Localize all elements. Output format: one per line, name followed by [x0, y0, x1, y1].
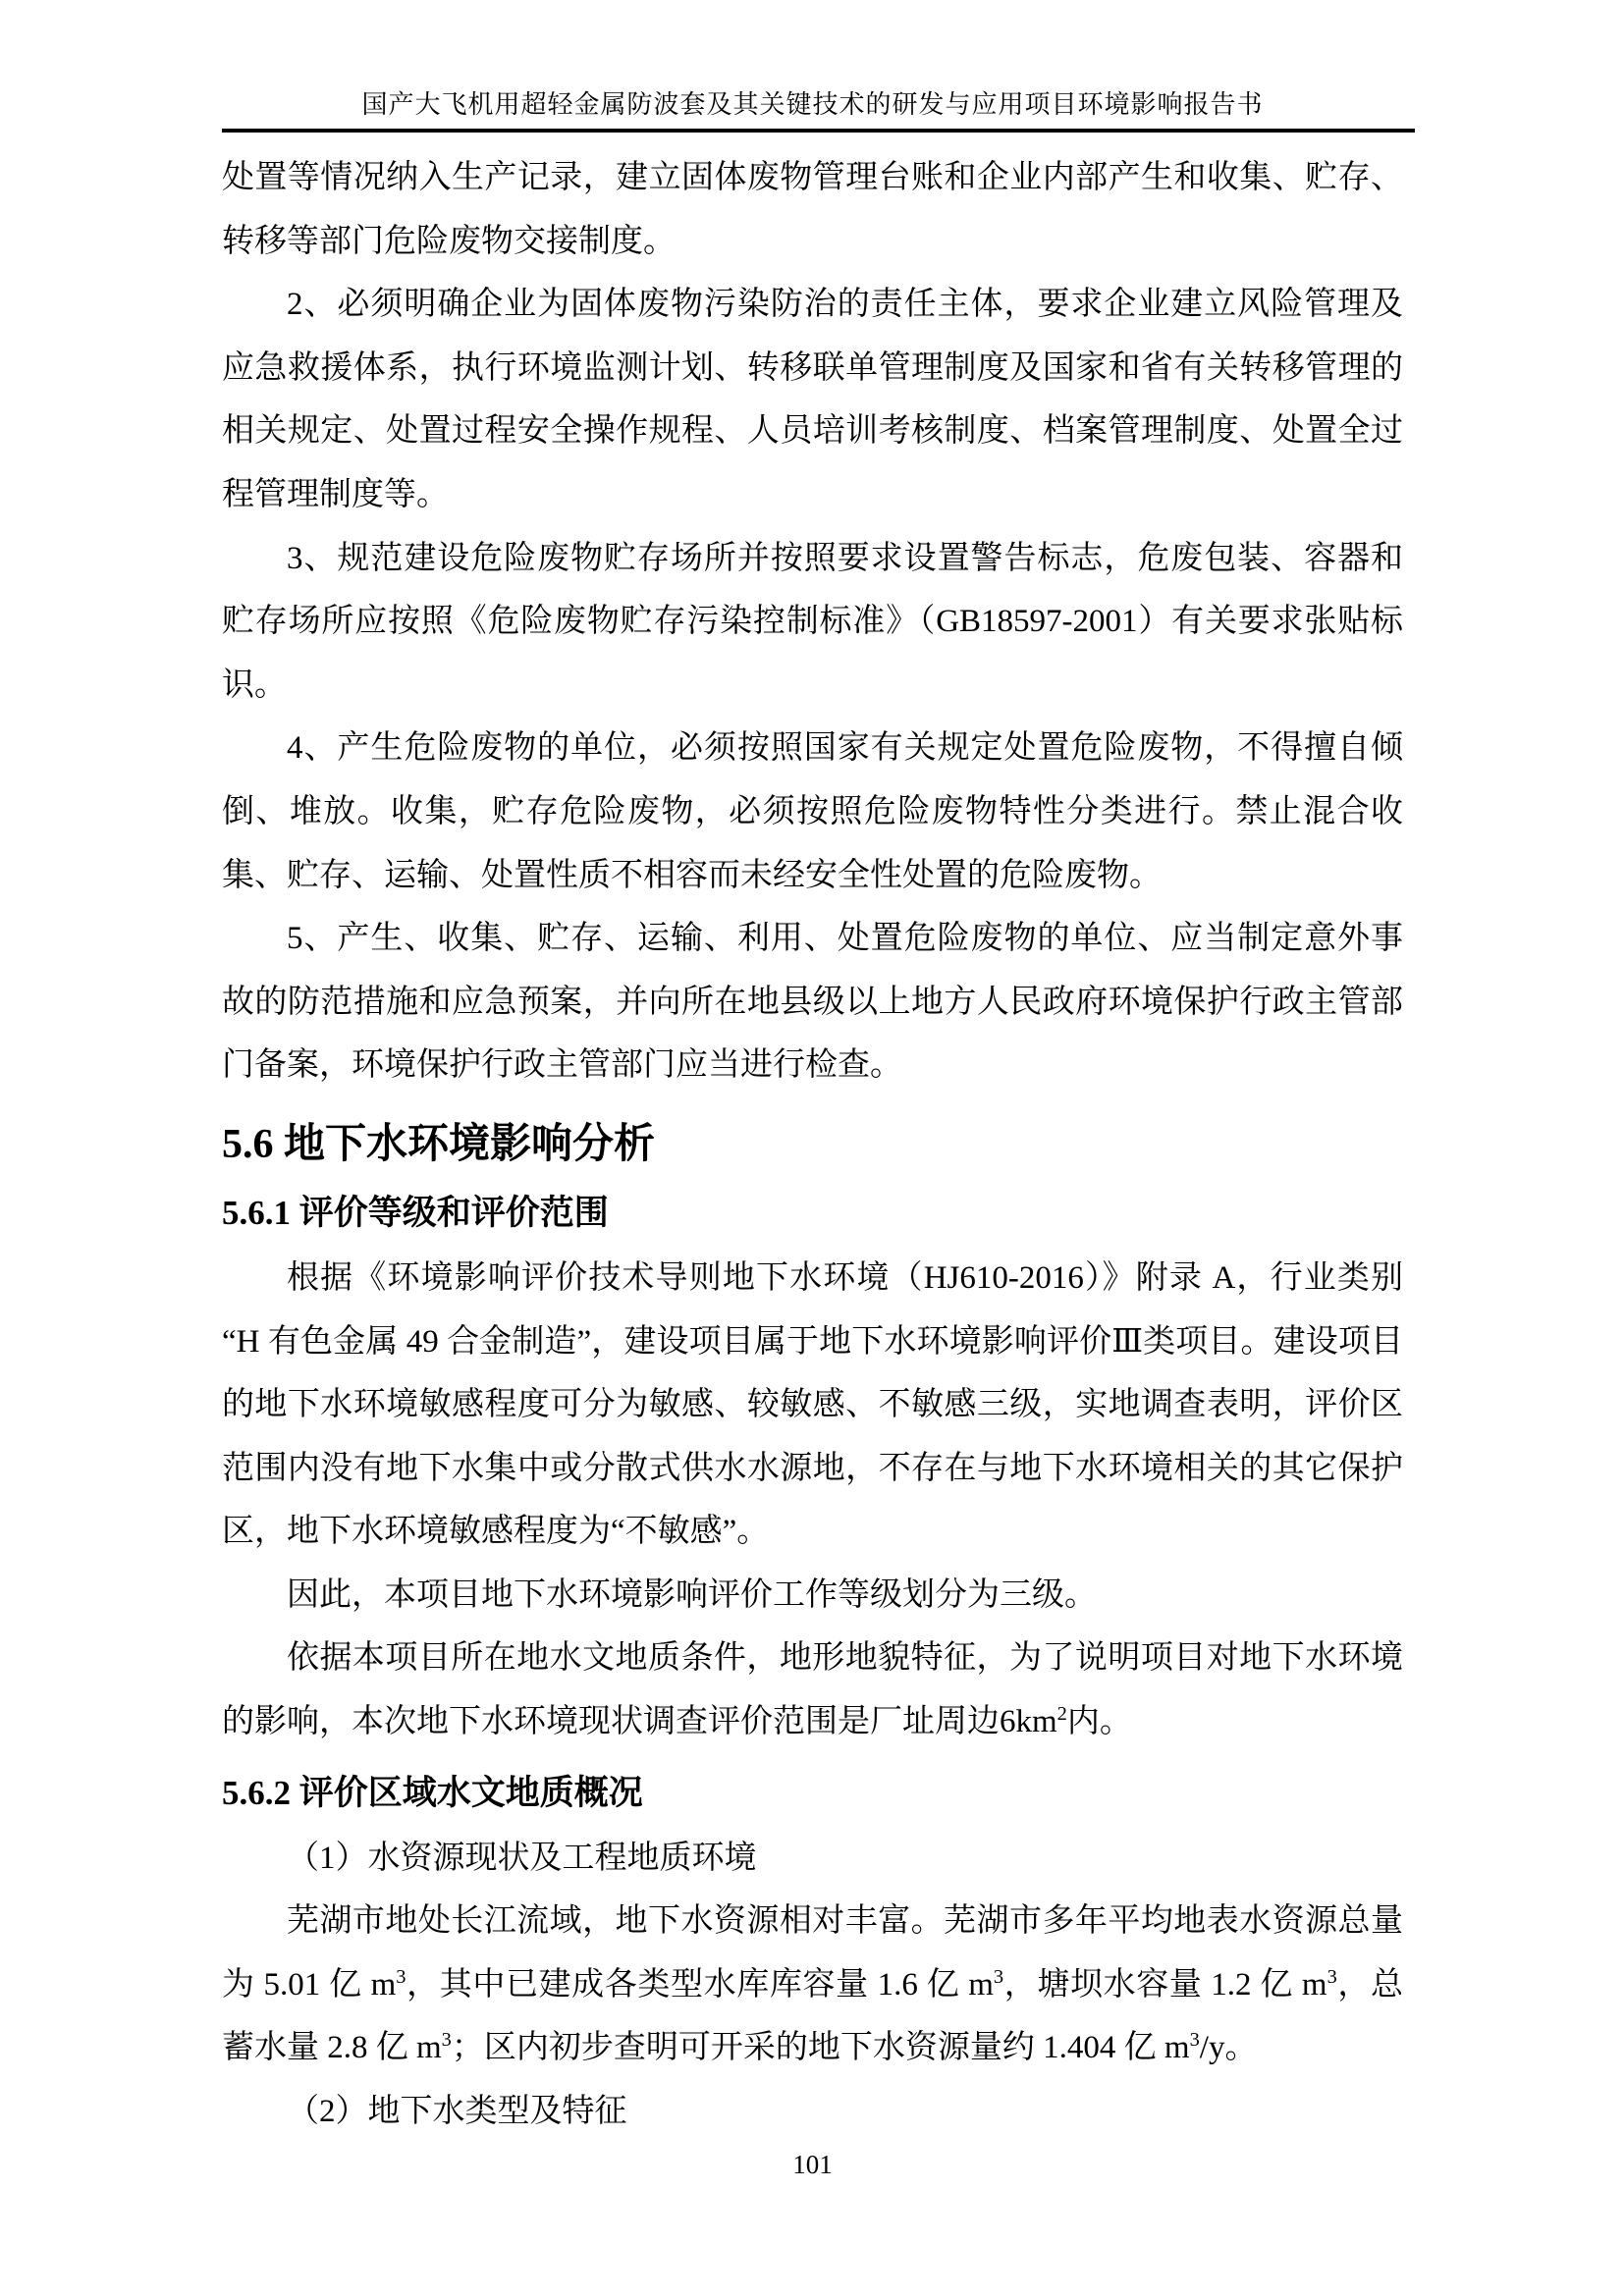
header-divider-rule [222, 129, 1415, 133]
page-number: 101 [222, 2148, 1403, 2181]
paragraph-evaluation-scope: 依据本项目所在地水文地质条件，地形地貌特征，为了说明项目对地下水环境的影响，本次… [222, 1627, 1403, 1753]
paragraph-water-status-title: （1）水资源现状及工程地质环境 [222, 1827, 1403, 1891]
subsection-heading-5-6-1: 5.6.1 评价等级和评价范围 [222, 1188, 1403, 1239]
section-heading-5-6: 5.6 地下水环境影响分析 [222, 1115, 1403, 1174]
paragraph-continuation: 处置等情况纳入生产记录，建立固体废物管理台账和企业内部产生和收集、贮存、转移等部… [222, 146, 1403, 273]
paragraph-evaluation-conclusion: 因此，本项目地下水环境影响评价工作等级划分为三级。 [222, 1564, 1403, 1628]
document-body: 处置等情况纳入生产记录，建立固体废物管理台账和企业内部产生和收集、贮存、转移等部… [222, 146, 1403, 2144]
document-page: 国产大飞机用超轻金属防波套及其关键技术的研发与应用项目环境影响报告书 处置等情况… [0, 0, 1624, 2296]
paragraph-item-4: 4、产生危险废物的单位，必须按照国家有关规定处置危险废物，不得擅自倾倒、堆放。收… [222, 717, 1403, 907]
paragraph-item-3: 3、规范建设危险废物贮存场所并按照要求设置警告标志，危废包装、容器和贮存场所应按… [222, 527, 1403, 718]
paragraph-wuhu-water-resources: 芜湖市地处长江流域，地下水资源相对丰富。芜湖市多年平均地表水资源总量为 5.01… [222, 1890, 1403, 2080]
paragraph-item-5: 5、产生、收集、贮存、运输、利用、处置危险废物的单位、应当制定意外事故的防范措施… [222, 907, 1403, 1097]
page-header-title: 国产大飞机用超轻金属防波套及其关键技术的研发与应用项目环境影响报告书 [222, 88, 1403, 122]
subsection-heading-5-6-2: 5.6.2 评价区域水文地质概况 [222, 1768, 1403, 1819]
paragraph-item-2: 2、必须明确企业为固体废物污染防治的责任主体，要求企业建立风险管理及应急救援体系… [222, 273, 1403, 526]
paragraph-groundwater-type-title: （2）地下水类型及特征 [222, 2080, 1403, 2144]
paragraph-evaluation-basis: 根据《环境影响评价技术导则地下水环境（HJ610-2016）》附录 A，行业类别… [222, 1247, 1403, 1564]
